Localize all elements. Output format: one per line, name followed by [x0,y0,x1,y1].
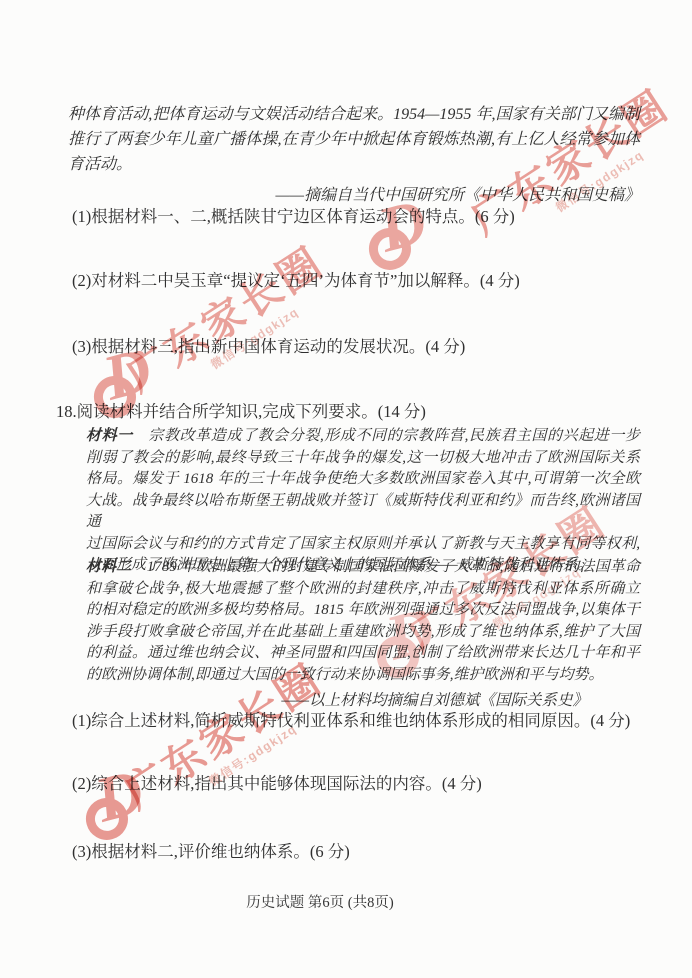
q18-material-2: 材料二 1789 年欧洲最强大的封建专制国家法国爆发了大革命,随后进行的法国革命… [86,557,640,686]
question-18-2: (2)综合上述材料,指出其中能够体现国际法的内容。(4 分) [72,773,648,795]
paragraph-line: 大战。战争最终以哈布斯堡王朝战败并签订《威斯特伐利亚和约》而告终,欧洲诸国通 [86,491,640,534]
q18-material-1: 材料一 宗教改革造成了教会分裂,形成不同的宗教阵营,民族君主国的兴起进一步 削弱… [86,426,640,577]
paragraph-line: 过国际会议与和约的方式肯定了国家主权原则并承认了新教与天主教享有同等权利, [86,534,640,556]
question-17-3: (3)根据材料三,指出新中国体育运动的发展状况。(4 分) [72,336,648,358]
paragraph-line: 材料二 1789 年欧洲最强大的封建专制国家法国爆发了大革命,随后进行的法国革命 [86,557,640,579]
logo-ring-icon [81,793,132,844]
paragraph-line: 和拿破仑战争,极大地震撼了整个欧洲的封建秩序,冲击了威斯特伐利亚体系所确立 [86,579,640,601]
paragraph-line: 材料一 宗教改革造成了教会分裂,形成不同的宗教阵营,民族君主国的兴起进一步 [86,426,640,448]
paragraph-line: 种体育活动,把体育运动与文娱活动结合起来。1954—1955 年,国家有关部门又… [68,102,640,127]
question-18-header: 18.阅读材料并结合所学知识,完成下列要求。(14 分) [56,398,646,422]
paragraph-line: 的欧洲协调体制,即通过大国的一致行动来协调国际事务,维护欧洲和平与均势。 [86,665,640,687]
exam-page: 广东家长圈 微信号:gdgkjzq 广东家长圈 微信号:gdgkjzq 广东家长… [0,0,692,978]
paragraph-line: 的利益。通过维也纳会议、神圣同盟和四国同盟,创制了给欧洲带来长达几十年和平 [86,643,640,665]
paragraph-line: 育活动。 [68,152,640,177]
question-18-1: (1)综合上述材料,简析威斯特伐利亚体系和维也纳体系形成的相同原因。(4 分) [72,710,648,732]
question-18-3: (3)根据材料二,评价维也纳体系。(6 分) [72,841,648,863]
watermark-text: 广东家长圈 [113,237,337,403]
paragraph-line: 削弱了教会的影响,最终导致三十年战争的爆发,这一切极大地冲击了欧洲国际关系 [86,448,640,470]
logo-letter: D [89,759,150,833]
material-2-label: 材料二 [86,559,132,575]
q18-source-citation: ——以上材料均摘编自刘德斌《国际关系史》 [68,688,588,710]
paragraph-line: 的相对稳定的欧洲多极均势格局。1815 年欧洲列强通过多次反法同盟战争,以集体干 [86,600,640,622]
page-footer: 历史试题 第6页 (共8页) [0,891,640,912]
question-17-1: (1)根据材料一、二,概括陕甘宁边区体育运动会的特点。(6 分) [72,206,648,228]
paragraph-line: 格局。爆发于 1618 年的三十年战争使绝大多数欧洲国家卷入其中,可谓第一次全欧 [86,469,640,491]
q17-source-citation: ——摘编自当代中国研究所《中华人民共和国史稿》 [68,182,640,205]
question-17-2: (2)对材料二中吴玉章“提议定‘五四’为体育节”加以解释。(4 分) [72,270,648,292]
paragraph-line: 推行了两套少年儿童广播体操,在青少年中掀起体育锻炼热潮,有上亿人经常参加体 [68,127,640,152]
logo-ring-icon [364,223,415,274]
q17-material-continuation: 种体育活动,把体育运动与文娱活动结合起来。1954—1955 年,国家有关部门又… [68,102,640,177]
paragraph-line: 涉手段打败拿破仑帝国,并在此基础上重建欧洲均势,形成了维也纳体系,维护了大国 [86,622,640,644]
material-1-label: 材料一 [86,428,133,444]
